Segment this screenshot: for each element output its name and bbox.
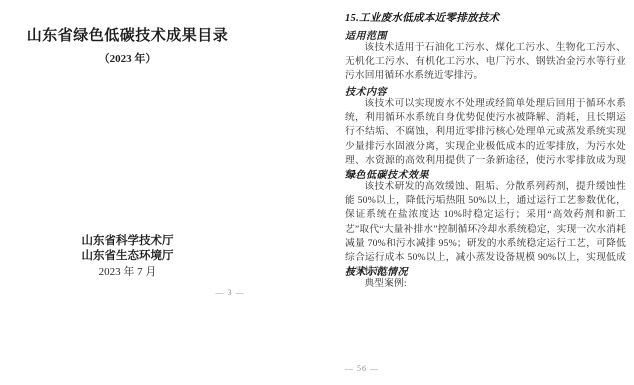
section-title-scope: 适用范围 [345, 27, 626, 42]
cover-page: 山东省绿色低碳技术成果目录 （2023 年） 山东省科学技术厅 山东省生态环境厅… [0, 0, 255, 385]
section-title-demonstration: 技术示范情况 [345, 263, 626, 278]
section-paragraph-scope: 该技术适用于石油化工污水、煤化工污水、生物化工污水、无机化工污水、有机化工污水、… [345, 41, 626, 84]
section-title-content: 技术内容 [345, 83, 626, 98]
catalog-year: （2023 年） [0, 50, 255, 66]
publish-date: 2023 年 7 月 [0, 265, 255, 280]
entry-heading: 15.工业废水低成本近零排放技术 [345, 10, 626, 25]
document-spread: 山东省绿色低碳技术成果目录 （2023 年） 山东省科学技术厅 山东省生态环境厅… [0, 0, 634, 385]
section-title-effect: 绿色低碳技术效果 [345, 166, 626, 181]
publisher-ecology-dept: 山东省生态环境厅 [0, 249, 255, 264]
page-number-left: — 3 — [198, 288, 262, 297]
catalog-title: 山东省绿色低碳技术成果目录 [0, 24, 255, 45]
page-number-right: — 56 — [345, 364, 626, 373]
content-page: 15.工业废水低成本近零排放技术 适用范围 该技术适用于石油化工污水、煤化工污水… [345, 0, 626, 385]
publisher-block: 山东省科学技术厅 山东省生态环境厅 2023 年 7 月 [0, 234, 255, 280]
section-paragraph-typical-case: 典型案例: [345, 277, 626, 291]
publisher-science-dept: 山东省科学技术厅 [0, 234, 255, 249]
